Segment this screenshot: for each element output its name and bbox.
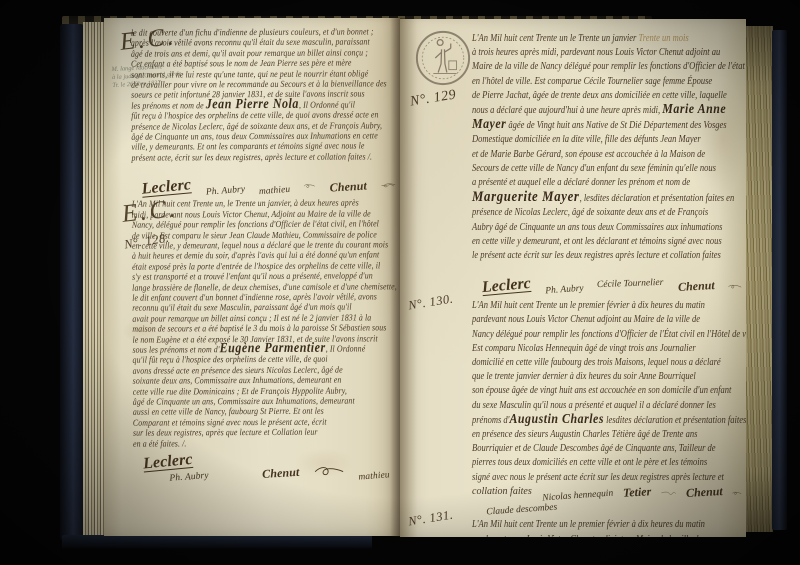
- collation-text: collation faites: [472, 485, 532, 499]
- signature-paraph-flourish: [661, 487, 676, 499]
- child-name-augustin-charles: Augustin Charles: [509, 412, 603, 427]
- manuscript-line: pierres tous deux domiciliés en cette vi…: [472, 456, 702, 470]
- signature-claude-descombes: Claude descombes: [486, 501, 558, 520]
- name-line-post: lesdites déclaration et présentation fai…: [604, 415, 746, 426]
- entry-body: le dit couverte d'un fichu d'indienne de…: [131, 26, 395, 100]
- entry-130: L'An Mil huit cent Trente un le premier …: [472, 299, 742, 513]
- manuscript-line: L'An Mil huit cent Trente un le premier …: [472, 518, 702, 532]
- manuscript-line: en l'hôtel de ville. Est comparue Cécile…: [472, 75, 702, 89]
- signature-ph-aubry: Ph. Aubry: [169, 471, 209, 484]
- manuscript-line: domicilié en cette ville faubourg des tr…: [472, 356, 702, 370]
- signature-chenut: Chenut: [262, 466, 300, 479]
- entry-body: qu'il fût reçu à l'hospice des orphelins…: [133, 354, 397, 449]
- manuscript-line: a présenté et auquel elle a déclaré donn…: [472, 176, 702, 190]
- name-line-post: , Il Ordonné: [326, 343, 366, 353]
- manuscript-line: L'An Mil huit cent Trente un le premier …: [472, 299, 702, 313]
- book-cover-left: [60, 24, 84, 540]
- signature-chenut: Chenut: [329, 180, 367, 193]
- entry-body: L'An Mil huit cent Trente un le premier …: [472, 518, 742, 537]
- entry-body: présence de Nicolas Leclerc, âgé de soix…: [472, 206, 742, 263]
- manuscript-line: et de Marie Barbe Gérard, son épouse est…: [472, 148, 702, 162]
- collation-and-signatures-row: collation faites Nicolas hennequin Tetie…: [472, 485, 742, 499]
- manuscript-line: son épouse âgée de vingt huit ans est ac…: [472, 384, 702, 398]
- manuscript-line: Secours de cette ville de Nancy d'un enf…: [472, 162, 702, 176]
- manuscript-line: en présence des sieurs Augustin Charles …: [472, 428, 702, 442]
- right-page: N°. 129 N°. 130. N°. 131. L'An Mil huit …: [400, 19, 746, 537]
- name-line-pre: prénoms d': [472, 415, 509, 426]
- line-text: âgée de Vingt huit ans Native de St Dié …: [506, 120, 726, 131]
- book-cover-bottom: [62, 535, 372, 549]
- margin-entry-number-130: N°. 130.: [407, 292, 454, 314]
- manuscript-line: Maire de la ville de Nancy délégué pour …: [472, 60, 702, 74]
- manuscript-line: signé avec nous le présent acte écrit su…: [472, 471, 702, 485]
- manuscript-line: Bourriquier et de Claude Descombes âgé d…: [472, 442, 702, 456]
- manuscript-line: Est comparu Nicolas Hennequin âgé de vin…: [472, 342, 702, 356]
- manuscript-line: pardevant nous Louis Victor Chenut adjoi…: [472, 313, 702, 327]
- manuscript-line: présence de Nicolas Leclerc, âgé de soix…: [472, 206, 702, 220]
- open-register-book: E.C. M. lange Mackelineà la jude gl. Gen…: [60, 16, 787, 552]
- signature-paraph-flourish: [314, 464, 344, 478]
- signature-ph-aubry: Ph. Aubry: [545, 282, 584, 299]
- book-cover-right: [772, 30, 787, 530]
- name-line-post: , Il Ordonné qu'il: [299, 99, 355, 109]
- entry-first-line: L'An Mil huit cent Trente un le Trente u…: [472, 32, 702, 46]
- signature-cecile-tournelier: Cécile Tournelier: [597, 276, 664, 293]
- manuscript-line: à trois heures après midi, pardevant nou…: [472, 46, 702, 60]
- manuscript-line: Nancy délégué pour remplir les fonctions…: [472, 328, 702, 342]
- line-text: nous a déclaré que aujourd'hui à une heu…: [472, 105, 662, 116]
- right-fore-edge-page-stack: [746, 26, 773, 532]
- manuscript-line: du sexe Masculin qu'il nous a présenté e…: [472, 399, 702, 413]
- manuscript-line: en cette ville y demeurant, et ont les d…: [472, 235, 702, 249]
- left-page: E.C. M. lange Mackelineà la jude gl. Gen…: [104, 18, 400, 536]
- margin-entry-number-129: N°. 129: [409, 87, 457, 110]
- manuscript-line: présent acte, écrit sur les deux registr…: [131, 151, 358, 163]
- entry-body: L'An Mil huit cent Trente un le premier …: [472, 299, 742, 413]
- name-line-pre: sous les prénoms et nom d': [132, 344, 219, 354]
- signature-ph-aubry: Ph. Aubry: [205, 185, 245, 198]
- entry-body: L'An Mil huit cent Trente un, le Trente …: [132, 198, 397, 345]
- entry-body: en présence des sieurs Augustin Charles …: [472, 428, 742, 485]
- entry-127-continuation: le dit couverte d'un fichu d'indienne de…: [131, 26, 396, 193]
- signature-row: Leclerc Ph. Aubry Chenut mathieu: [143, 451, 397, 478]
- manuscript-line: le présent acte écrit sur les deux regis…: [472, 249, 702, 263]
- manuscript-line: en a été faites. /.: [133, 437, 360, 449]
- line-text: L'An Mil huit cent Trente un le Trente u…: [472, 33, 638, 44]
- signature-paraph-flourish: [732, 487, 742, 499]
- official-seal-stamp: [414, 29, 472, 87]
- mother-name-marie-anne: Marie Anne: [662, 102, 726, 117]
- manuscript-line: que le trente janvier dernier à dix heur…: [472, 370, 702, 384]
- signature-tetier: Tetier: [622, 484, 651, 500]
- right-page-text-column: L'An Mil huit cent Trente un le Trente u…: [472, 32, 742, 537]
- name-line-post: , lesdites déclaration et présentation f…: [580, 193, 735, 204]
- signature-leclerc: Leclerc: [481, 277, 531, 295]
- signature-mathieu: mathieu: [358, 470, 390, 483]
- signature-row: Leclerc Ph. Aubry mathieu Chenut: [142, 166, 396, 193]
- entry-129: L'An Mil huit cent Trente un le Trente u…: [472, 32, 742, 293]
- entry-body: fût reçu à l'hospice des orphelins de ce…: [131, 110, 395, 163]
- faded-marginal-correction: Trente un mois: [638, 33, 688, 44]
- signature-paraph-flourish: [381, 180, 396, 192]
- signature-chenut: Chenut: [685, 484, 722, 500]
- signature-chenut: Chenut: [677, 278, 714, 294]
- signature-stack: Leclerc Ph. Aubry: [143, 457, 208, 479]
- signature-paraph-flourish: [728, 280, 742, 293]
- manuscript-line: Aubry âgé de Cinquante un ans tous deux …: [472, 221, 702, 235]
- entry-body: à trois heures après midi, pardevant nou…: [472, 46, 742, 103]
- manuscript-line: Domestique domiciliée en la dite ville, …: [472, 133, 702, 147]
- signature-row: Leclerc Ph. Aubry Cécile Tournelier Chen…: [482, 267, 742, 293]
- signature-mathieu: mathieu: [258, 185, 290, 198]
- mother-name-mayer: Mayer: [472, 117, 506, 132]
- mother-name-line-1: nous a déclaré que aujourd'hui à une heu…: [472, 103, 702, 118]
- entry-131: L'An Mil huit cent Trente un le premier …: [472, 518, 742, 537]
- registered-name-line: Marguerite Mayer, lesdites déclaration e…: [472, 190, 702, 206]
- signature-paraph-flourish: [304, 180, 316, 192]
- signature-leclerc: Leclerc: [143, 454, 209, 470]
- entry-body: Domestique domiciliée en la dite ville, …: [472, 133, 742, 190]
- mother-name-line-2: Mayer âgée de Vingt huit ans Native de S…: [472, 118, 702, 133]
- signature-leclerc: Leclerc: [141, 180, 191, 195]
- child-name-marguerite-mayer: Marguerite Mayer: [472, 189, 580, 205]
- register-book-photo: E.C. M. lange Mackelineà la jude gl. Gen…: [0, 0, 800, 565]
- left-page-edge-stack: [83, 22, 104, 542]
- name-line-pre: les prénoms et nom de: [131, 100, 206, 110]
- registered-name-line: prénoms d'Augustin Charles lesdites décl…: [472, 413, 702, 428]
- left-page-text-column: le dit couverte d'un fichu d'indienne de…: [131, 26, 397, 484]
- manuscript-line: de Pierre Jachat, âgée de trente deux an…: [472, 89, 702, 103]
- margin-entry-number-131: N°. 131.: [407, 508, 454, 530]
- entry-128: L'An Mil huit cent Trente un, le Trente …: [132, 198, 397, 479]
- manuscript-line: pardevant nous Louis Victor Chenut, adjo…: [472, 533, 702, 538]
